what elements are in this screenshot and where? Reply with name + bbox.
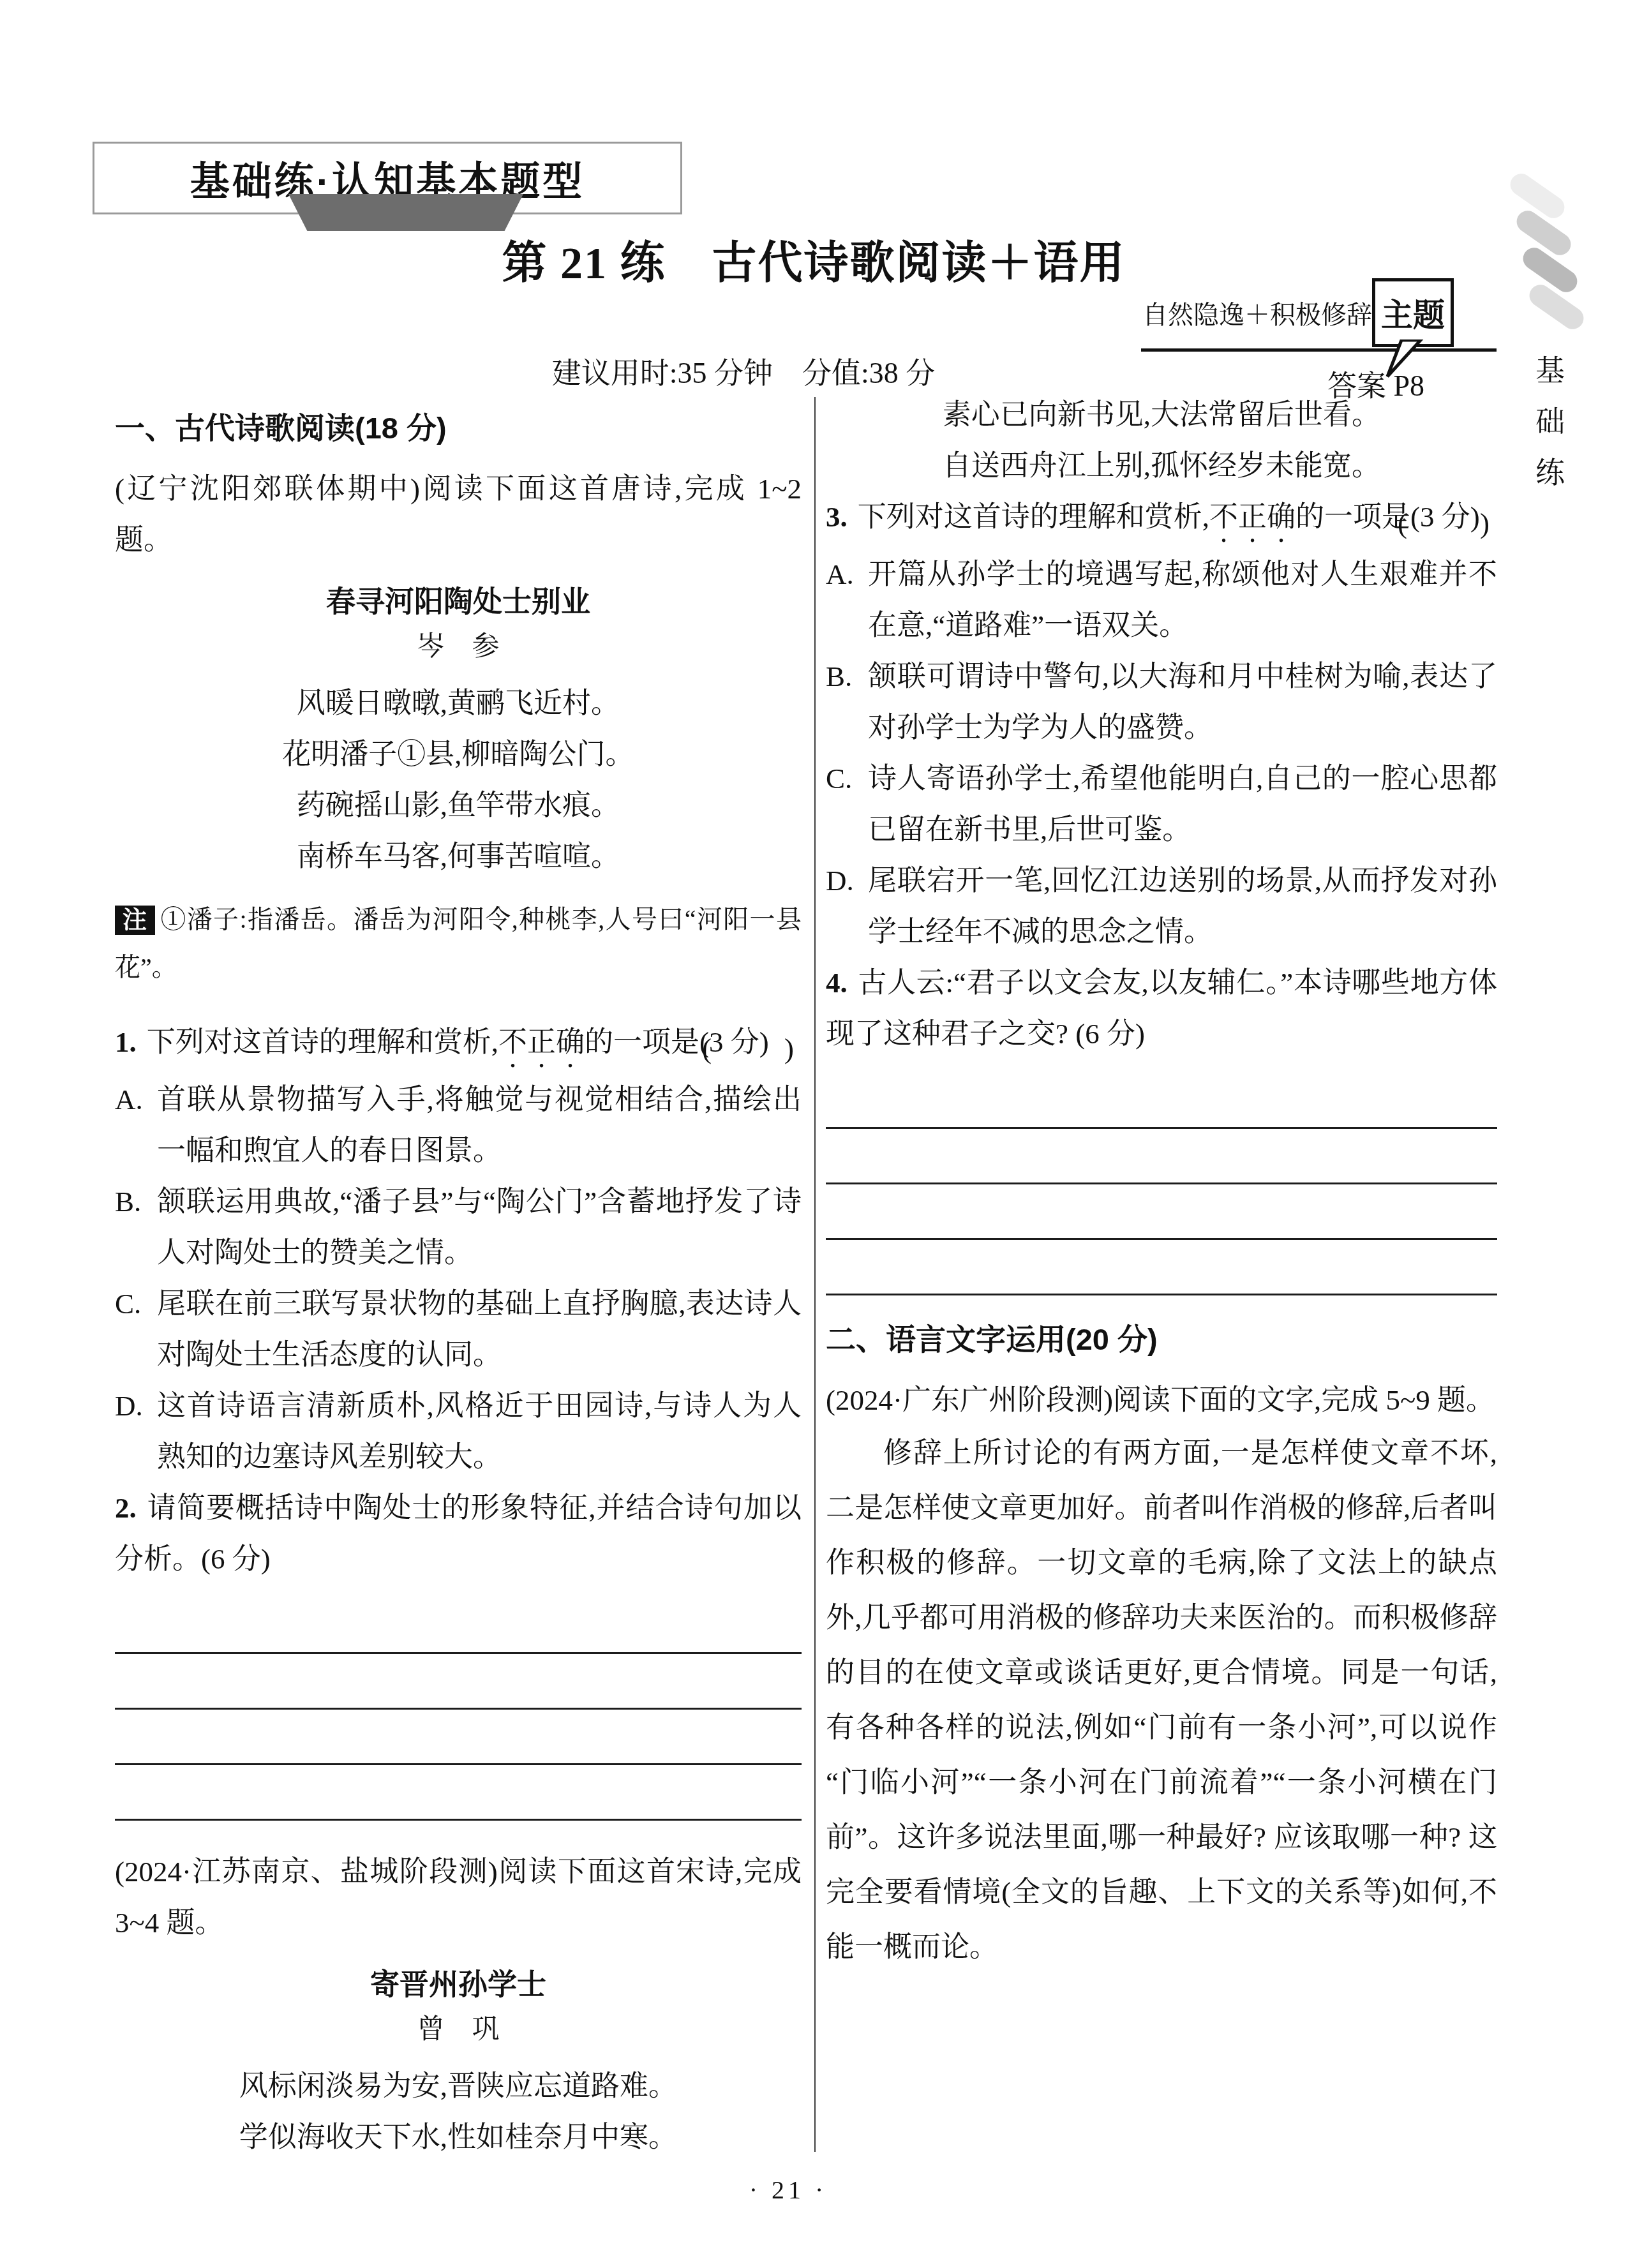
option-text: 尾联在前三联写景状物的基础上直抒胸臆,表达诗人对陶处士生活态度的认同。 (157, 1288, 802, 1371)
poem-line: 风暖日暾暾,黄鹂飞近村。 (115, 678, 802, 729)
answer-line (115, 1654, 802, 1710)
option-item: B.颔联可谓诗中警句,以大海和月中桂树为喻,表达了对孙学士为学为人的盛赞。 (826, 651, 1497, 753)
poem-line: 花明潘子①县,柳暗陶公门。 (115, 729, 802, 780)
option-text: 尾联宕开一笔,回忆江边送别的场景,从而抒发对孙学士经年不减的思念之情。 (868, 865, 1497, 948)
poem-2: 寄晋州孙学士 曾 巩 风标闲淡易为安,晋陕应忘道路难。 学似海收天下水,性如桂奈… (115, 1966, 802, 2163)
answer-area (826, 1073, 1497, 1295)
option-text: 诗人寄语孙学士,希望他能明白,自己的一腔心思都已留在新书里,后世可鉴。 (868, 763, 1497, 846)
option-item: C.尾联在前三联写景状物的基础上直抒胸臆,表达诗人对陶处士生活态度的认同。 (115, 1278, 802, 1380)
poem-title: 春寻河阳陶处士别业 (115, 583, 802, 619)
poem-1: 春寻河阳陶处士别业 岑 参 风暖日暾暾,黄鹂飞近村。 花明潘子①县,柳暗陶公门。… (115, 583, 802, 882)
passage-intro-3: (2024·广东广州阶段测)阅读下面的文字,完成 5~9 题。 (826, 1375, 1497, 1426)
section-heading-1: 一、古代诗歌阅读(18 分) (115, 410, 802, 447)
badge-tail-icon (1377, 339, 1428, 378)
option-item: D.尾联宕开一笔,回忆江边送别的场景,从而抒发对孙学士经年不减的思念之情。 (826, 855, 1497, 957)
question-number: 3. (826, 501, 848, 533)
answer-area (115, 1599, 802, 1821)
left-column: 一、古代诗歌阅读(18 分) (辽宁沈阳郊联体期中)阅读下面这首唐诗,完成 1~… (115, 410, 802, 2163)
answer-line (115, 1599, 802, 1654)
option-text: 这首诗语言清新质朴,风格近于田园诗,与诗人为人熟知的边塞诗风差别较大。 (157, 1390, 802, 1473)
poem-author: 曾 巩 (115, 2010, 802, 2050)
question-number: 1. (115, 1026, 137, 1058)
question-2-stem: 2.请简要概括诗中陶处士的形象特征,并结合诗句加以分析。(6 分) (115, 1482, 802, 1585)
option-item: D.这首诗语言清新质朴,风格近于田园诗,与诗人为人熟知的边塞诗风差别较大。 (115, 1380, 802, 1482)
question-number: 2. (115, 1492, 137, 1524)
option-label: C. (115, 1278, 141, 1329)
answer-line (826, 1240, 1497, 1295)
poem-line: 药碗摇山影,鱼竿带水痕。 (115, 780, 802, 831)
poem-author: 岑 参 (115, 627, 802, 668)
poem-line: 学似海收天下水,性如桂奈月中寒。 (115, 2112, 802, 2163)
section-heading-2: 二、语言文字运用(20 分) (826, 1321, 1497, 1358)
poem-note: 注①潘子:指潘岳。潘岳为河阳令,种桃李,人号曰“河阳一县花”。 (115, 896, 802, 991)
answer-bracket: ( ) (702, 1023, 799, 1074)
reading-paragraph: 修辞上所讨论的有两方面,一是怎样使文章不坏,二是怎样使文章更加好。前者叫作消极的… (826, 1426, 1497, 1974)
corner-ornament-icon (1503, 185, 1611, 364)
option-text: 颔联可谓诗中警句,以大海和月中桂树为喻,表达了对孙学士为学为人的盛赞。 (868, 660, 1497, 743)
option-label: D. (826, 855, 854, 906)
note-label: 注 (115, 906, 155, 935)
option-label: C. (826, 753, 852, 804)
question-1-stem: 1.下列对这首诗的理解和赏析,不正确的一项是(3 分) ( ) (115, 1017, 802, 1074)
side-tab: 基础练 (1527, 355, 1569, 508)
answer-bracket: ( ) (1398, 498, 1495, 549)
banner-shadow (288, 194, 523, 231)
option-text: 开篇从孙学士的境遇写起,称颂他对人生艰难并不在意,“道路难”一语双关。 (868, 558, 1497, 641)
question-4-stem: 4.古人云:“君子以文会友,以友辅仁。”本诗哪些地方体现了这种君子之交? (6 … (826, 957, 1497, 1059)
option-text: 首联从景物描写入手,将触觉与视觉相结合,描绘出一幅和煦宜人的春日图景。 (157, 1084, 802, 1167)
note-text: ①潘子:指潘岳。潘岳为河阳令,种桃李,人号曰“河阳一县花”。 (115, 905, 802, 981)
poem-title: 寄晋州孙学士 (115, 1966, 802, 2002)
passage-intro-1: (辽宁沈阳郊联体期中)阅读下面这首唐诗,完成 1~2 题。 (115, 463, 802, 565)
option-item: B.颔联运用典故,“潘子县”与“陶公门”含蓄地抒发了诗人对陶处士的赞美之情。 (115, 1176, 802, 1278)
option-label: A. (826, 549, 854, 600)
answer-line (826, 1073, 1497, 1129)
question-3-stem: 3.下列对这首诗的理解和赏析,不正确的一项是(3 分) ( ) (826, 491, 1497, 549)
poem-line: 自送西舟江上别,孤怀经岁未能宽。 (826, 440, 1497, 491)
option-text: 颔联运用典故,“潘子县”与“陶公门”含蓄地抒发了诗人对陶处士的赞美之情。 (157, 1186, 802, 1269)
page-title: 第 21 练 古代诗歌阅读＋语用 (255, 227, 1372, 292)
poem-line: 南桥车马客,何事苦喧喧。 (115, 831, 802, 882)
answer-line (115, 1765, 802, 1821)
page-number: · 21 · (0, 2175, 1576, 2205)
theme-badge: 主题 (1372, 278, 1454, 347)
option-item: C.诗人寄语孙学士,希望他能明白,自己的一腔心思都已留在新书里,后世可鉴。 (826, 753, 1497, 855)
theme-label: 自然隐逸＋积极修辞 (1142, 295, 1372, 331)
answer-line (115, 1710, 802, 1765)
option-item: A.首联从景物描写入手,将触觉与视觉相结合,描绘出一幅和煦宜人的春日图景。 (115, 1074, 802, 1176)
right-column: 素心已向新书见,大法常留后世看。 自送西舟江上别,孤怀经岁未能宽。 3.下列对这… (826, 389, 1497, 1974)
option-label: B. (826, 651, 852, 702)
poem-line: 风标闲淡易为安,晋陕应忘道路难。 (115, 2061, 802, 2112)
option-label: B. (115, 1176, 141, 1227)
time-score-meta: 建议用时:35 分钟 分值:38 分 (191, 350, 1296, 392)
theme-underline (1141, 348, 1497, 352)
question-number: 4. (826, 967, 848, 999)
passage-intro-2: (2024·江苏南京、盐城阶段测)阅读下面这首宋诗,完成 3~4 题。 (115, 1846, 802, 1948)
emphasized-text: 不正确 (1209, 501, 1296, 533)
column-divider (814, 397, 816, 2152)
option-item: A.开篇从孙学士的境遇写起,称颂他对人生艰难并不在意,“道路难”一语双关。 (826, 549, 1497, 651)
exam-page: 基础练·认知基本题型 第 21 练 古代诗歌阅读＋语用 建议用时:35 分钟 分… (0, 0, 1628, 2268)
answer-line (826, 1129, 1497, 1184)
poem-line: 素心已向新书见,大法常留后世看。 (826, 389, 1497, 440)
answer-line (826, 1184, 1497, 1240)
option-label: D. (115, 1380, 143, 1431)
option-label: A. (115, 1074, 143, 1125)
emphasized-text: 不正确 (498, 1026, 585, 1058)
